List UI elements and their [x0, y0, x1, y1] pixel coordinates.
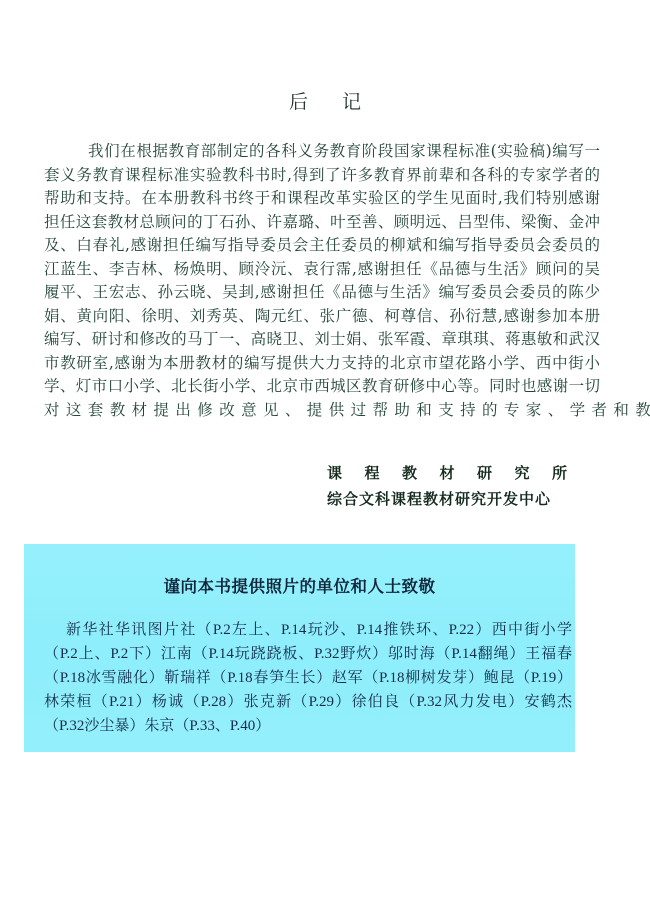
afterword-line: 娟、黄向阳、徐明、刘秀英、陶元红、张广德、柯尊信、孙衍慧,感谢参加本册: [44, 305, 600, 329]
afterword-line: 市教研室,感谢为本册教材的编写提供大力支持的北京市望花路小学、西中街小: [44, 352, 600, 376]
photo-credit-line: 林荣桓（P.21）杨诚（P.28）张克新（P.29）徐伯良（P.32风力发电）安…: [44, 690, 572, 714]
afterword-line: 担任这套教材总顾问的丁石孙、许嘉璐、叶至善、顾明远、吕型伟、梁衡、金冲: [44, 211, 600, 235]
page-title: 后记: [0, 90, 650, 114]
afterword-line: 套义务教育课程标准实验教科书时,得到了许多教育界前辈和各科的专家学者的: [44, 164, 600, 188]
afterword-line: 对这套教材提出修改意见、提供过帮助和支持的专家、学者和教师。: [44, 399, 600, 423]
photo-credit-line: 新华社华讯图片社（P.2左上、P.14玩沙、P.14推铁环、P.22）西中街小学: [44, 618, 572, 642]
photo-credit-line: （P.18冰雪融化）靳瑞祥（P.18春笋生长）赵军（P.18柳树发芽）鲍昆（P.…: [44, 666, 572, 690]
afterword-body: 我们在根据教育部制定的各科义务教育阶段国家课程标准(实验稿)编写一 套义务教育课…: [44, 140, 600, 422]
photo-credit-line: （P.32沙尘暴）朱京（P.33、P.40）: [44, 714, 572, 738]
photo-credit-line: （P.2上、P.2下）江南（P.14玩跷跷板、P.32野炊）邬时海（P.14翻绳…: [44, 642, 572, 666]
afterword-line: 履平、王宏志、孙云晓、吴刲,感谢担任《品德与生活》编写委员会委员的陈少: [44, 281, 600, 305]
afterword-line: 编写、研讨和修改的马丁一、高晓卫、刘士娟、张军霞、章琪琪、蒋惠敏和武汉: [44, 328, 600, 352]
afterword-line: 江蓝生、李吉林、杨焕明、顾泠沅、袁行霈,感谢担任《品德与生活》顾问的吴: [44, 258, 600, 282]
afterword-line: 学、灯市口小学、北长街小学、北京市西城区教育研修中心等。同时也感谢一切: [44, 375, 600, 399]
afterword-line: 我们在根据教育部制定的各科义务教育阶段国家课程标准(实验稿)编写一: [44, 140, 600, 164]
photo-credits-title: 谨向本书提供照片的单位和人士致敬: [24, 576, 575, 598]
photo-credits-box: 谨向本书提供照片的单位和人士致敬 新华社华讯图片社（P.2左上、P.14玩沙、P…: [24, 544, 575, 752]
afterword-line: 及、白春礼,感谢担任编写指导委员会主任委员的柳斌和编写指导委员会委员的: [44, 234, 600, 258]
signature-block: 课程教材研究所 综合文科课程教材研究开发中心: [327, 460, 567, 512]
photo-credits-list: 新华社华讯图片社（P.2左上、P.14玩沙、P.14推铁环、P.22）西中街小学…: [44, 618, 572, 738]
signature-center: 综合文科课程教材研究开发中心: [327, 486, 567, 512]
signature-institute: 课程教材研究所: [327, 460, 567, 486]
afterword-line: 帮助和支持。在本册教科书终于和课程改革实验区的学生见面时,我们特别感谢: [44, 187, 600, 211]
